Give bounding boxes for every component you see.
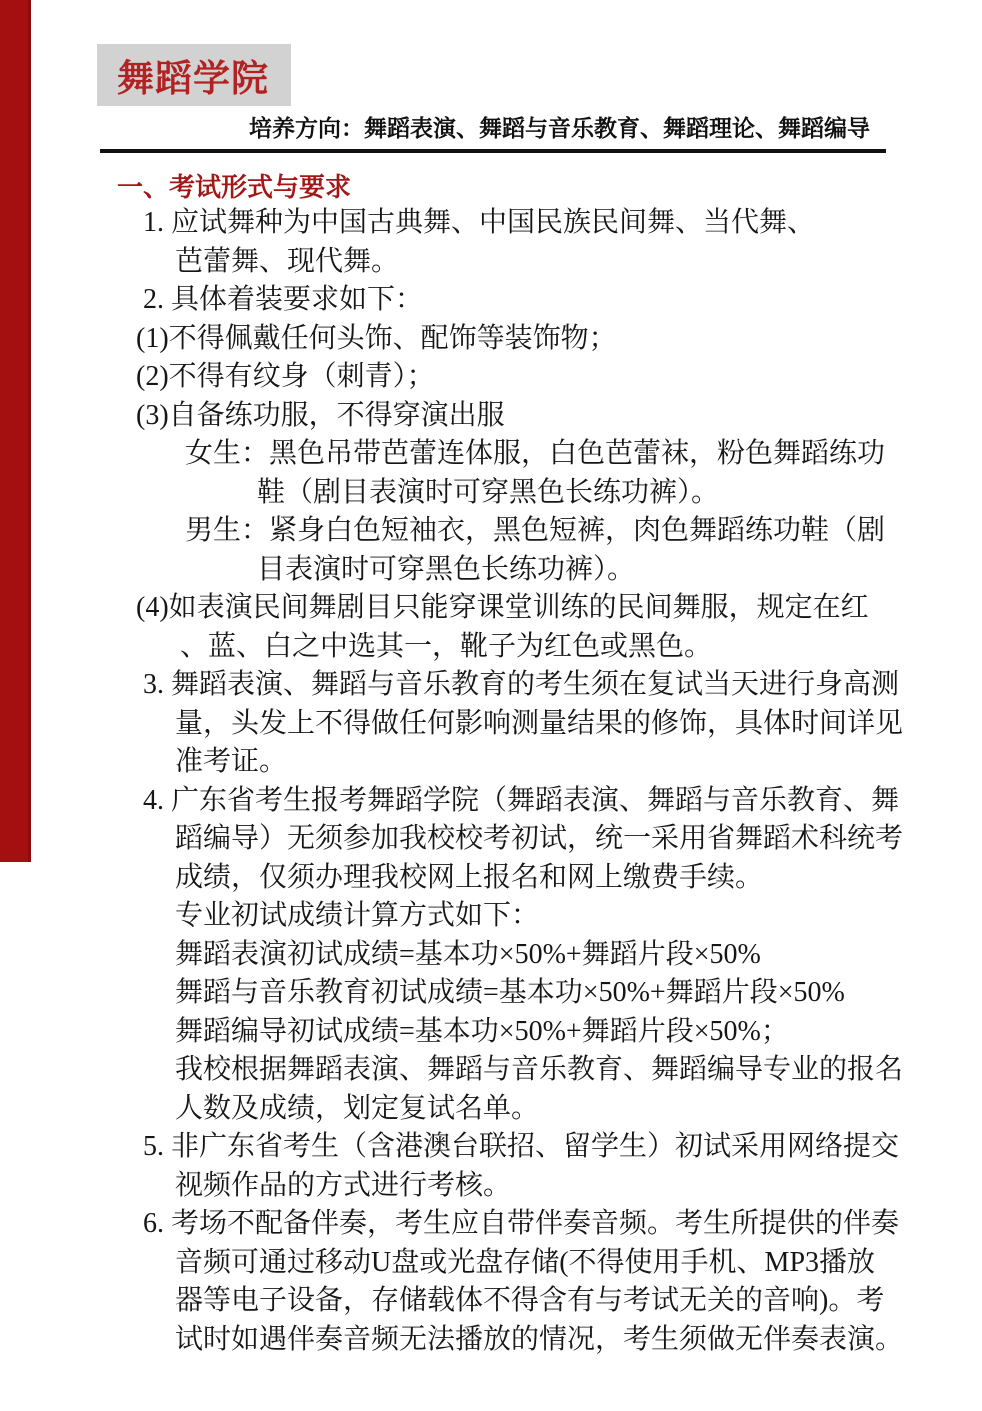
doc-line: 舞蹈与音乐教育初试成绩=基本功×50%+舞蹈片段×50% [100,974,900,1013]
document-body: 1. 应试舞种为中国古典舞、中国民族民间舞、当代舞、 芭蕾舞、现代舞。 2. 具… [100,204,900,1359]
doc-line: (2)不得有纹身（刺青）； [100,358,900,397]
doc-line: 芭蕾舞、现代舞。 [100,243,900,282]
doc-line: 舞蹈编导初试成绩=基本功×50%+舞蹈片段×50%； [100,1013,900,1052]
doc-line: 4. 广东省考生报考舞蹈学院（舞蹈表演、舞蹈与音乐教育、舞 [100,782,900,821]
left-accent-bar [0,0,31,862]
doc-line: 5. 非广东省考生（含港澳台联招、留学生）初试采用网络提交 [100,1128,900,1167]
doc-line: 量，头发上不得做任何影响测量结果的修饰，具体时间详见 [100,705,900,744]
header-divider [100,149,886,153]
doc-line: 成绩，仅须办理我校网上报名和网上缴费手续。 [100,859,900,898]
doc-line: 音频可通过移动U盘或光盘存储(不得使用手机、MP3播放 [100,1244,900,1283]
doc-line: (1)不得佩戴任何头饰、配饰等装饰物； [100,320,900,359]
doc-line: 1. 应试舞种为中国古典舞、中国民族民间舞、当代舞、 [100,204,900,243]
doc-line: 试时如遇伴奏音频无法播放的情况，考生须做无伴奏表演。 [100,1321,900,1360]
doc-line: 器等电子设备，存储载体不得含有与考试无关的音响)。考 [100,1282,900,1321]
doc-line: 人数及成绩，划定复试名单。 [100,1090,900,1129]
doc-line: 目表演时可穿黑色长练功裤）。 [100,551,900,590]
doc-line: 专业初试成绩计算方式如下： [100,897,900,936]
training-directions: 培养方向：舞蹈表演、舞蹈与音乐教育、舞蹈理论、舞蹈编导 [100,110,870,143]
doc-line: 男生：紧身白色短袖衣，黑色短裤，肉色舞蹈练功鞋（剧 [100,512,900,551]
doc-line: 、蓝、白之中选其一，靴子为红色或黑色。 [100,628,900,667]
doc-line: 视频作品的方式进行考核。 [100,1167,900,1206]
doc-line: 3. 舞蹈表演、舞蹈与音乐教育的考生须在复试当天进行身高测 [100,666,900,705]
doc-line: 准考证。 [100,743,900,782]
section-heading: 一、考试形式与要求 [117,167,351,204]
doc-line: 2. 具体着装要求如下： [100,281,900,320]
document-page: 舞蹈学院 培养方向：舞蹈表演、舞蹈与音乐教育、舞蹈理论、舞蹈编导 一、考试形式与… [0,0,982,1411]
page-title: 舞蹈学院 [97,48,269,102]
doc-line: 6. 考场不配备伴奏，考生应自带伴奏音频。考生所提供的伴奏 [100,1205,900,1244]
doc-line: 女生：黑色吊带芭蕾连体服，白色芭蕾袜，粉色舞蹈练功 [100,435,900,474]
doc-line: 我校根据舞蹈表演、舞蹈与音乐教育、舞蹈编导专业的报名 [100,1051,900,1090]
college-title-box: 舞蹈学院 [97,44,291,106]
doc-line: (4)如表演民间舞剧目只能穿课堂训练的民间舞服，规定在红 [100,589,900,628]
doc-line: 舞蹈表演初试成绩=基本功×50%+舞蹈片段×50% [100,936,900,975]
doc-line: 鞋（剧目表演时可穿黑色长练功裤）。 [100,474,900,513]
doc-line: 蹈编导）无须参加我校校考初试，统一采用省舞蹈术科统考 [100,820,900,859]
doc-line: (3)自备练功服，不得穿演出服 [100,397,900,436]
